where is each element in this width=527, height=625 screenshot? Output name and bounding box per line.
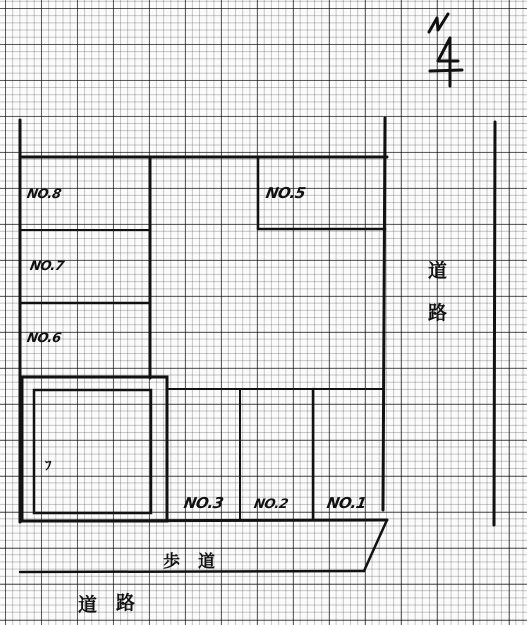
sidewalk-south-line [20, 571, 364, 572]
lot-6-label: NO.7 [29, 259, 65, 274]
south-road-label-char-1: 道 [78, 590, 97, 617]
sidewalk-label-char-2: 道 [198, 547, 215, 572]
north-arrow-icon [420, 6, 465, 91]
east-road-label-char-2: 路 [428, 298, 447, 325]
sidewalk-corner-line [364, 520, 387, 571]
lot-1-label: NO.1 [325, 494, 367, 512]
lot-5-label: NO.6 [26, 331, 62, 346]
lot-2-label: NO.2 [253, 497, 289, 512]
south-boundary-line [22, 520, 387, 521]
sidewalk-label-char-1: 歩 [163, 547, 180, 572]
south-road-label-char-2: 路 [116, 588, 135, 615]
east-boundary-line [383, 118, 385, 510]
lot-8-label: NO.5 [264, 184, 306, 202]
existing-building-outer [22, 377, 167, 521]
lot-7-label: NO.8 [26, 187, 62, 202]
east-road-edge-line [494, 122, 495, 525]
site-plan-drawing [0, 0, 527, 625]
building-mark: ﾌ [45, 455, 52, 474]
lot-3-label: NO.3 [182, 494, 224, 512]
existing-building-inner [34, 390, 151, 513]
east-road-label-char-1: 道 [428, 256, 447, 283]
